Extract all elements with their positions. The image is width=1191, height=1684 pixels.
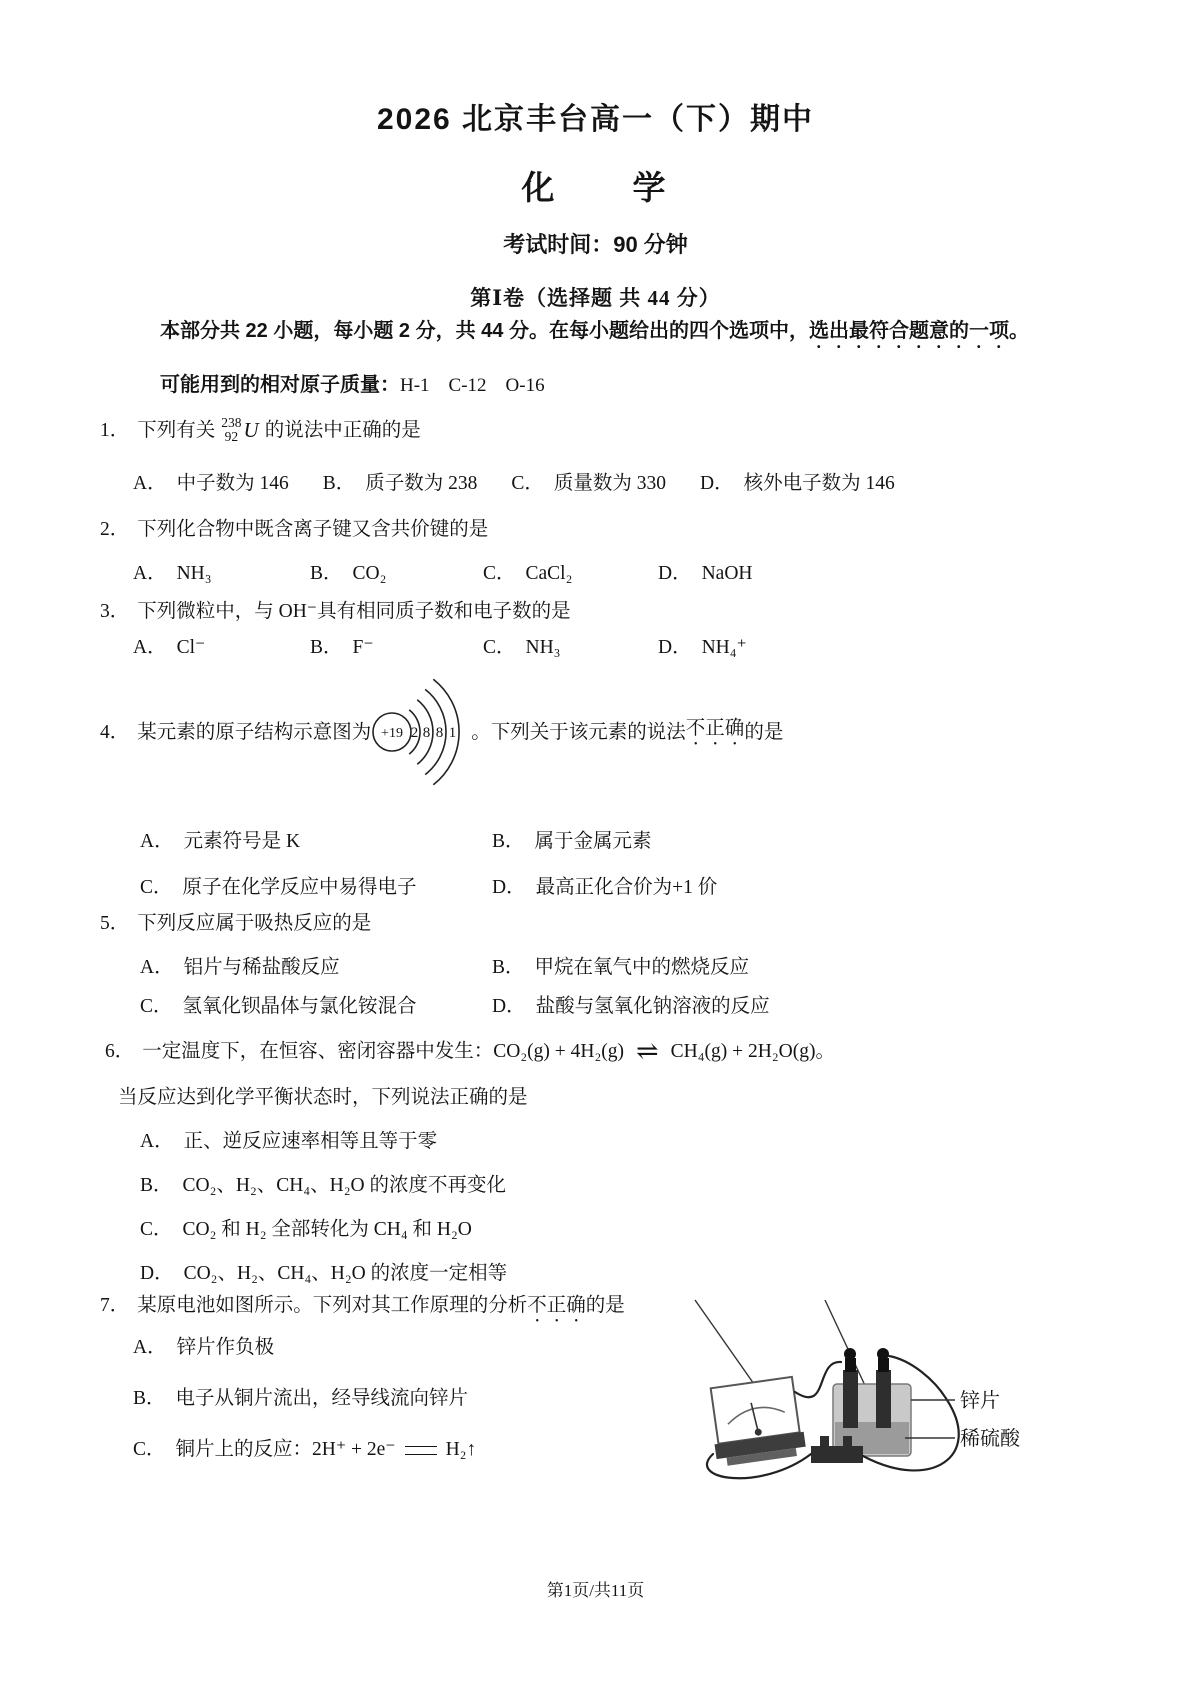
option-label: D． bbox=[658, 563, 692, 584]
option-a: A．NH₃ bbox=[133, 560, 310, 587]
option-b: B．质子数为 238 bbox=[323, 470, 478, 497]
equation-right: CH₄(g) + 2H₂O(g)。 bbox=[671, 1038, 835, 1065]
stem-text: 一定温度下，在恒容、密闭容器中发生： bbox=[142, 1038, 493, 1065]
option-a: A．中子数为 146 bbox=[133, 470, 289, 497]
option-d: D．最高正化合价为+1 价 bbox=[492, 874, 717, 901]
stem-emphasis: 不正确 bbox=[527, 1295, 586, 1316]
page-footer: 第1页/共11页 bbox=[0, 1576, 1191, 1601]
stem-text: 某原电池如图所示。下列对其工作原理的分析 bbox=[137, 1295, 527, 1316]
option-d: D．盐酸与氢氧化钠溶液的反应 bbox=[492, 993, 770, 1020]
option-c: C．氢氧化钡晶体与氯化铵混合 bbox=[140, 993, 492, 1020]
ammeter-illustration bbox=[707, 1376, 807, 1467]
question-1-stem: 1． 下列有关 238 92 U 的说法中正确的是 bbox=[100, 416, 421, 444]
subject-title: 化 学 bbox=[0, 162, 1191, 209]
acid-label: 稀硫酸 bbox=[960, 1427, 1021, 1450]
galvanic-cell-figure: 锌片 稀硫酸 bbox=[683, 1296, 1023, 1501]
equilibrium-arrow-icon: ⇌ bbox=[636, 1038, 659, 1065]
option-text: CO₂ bbox=[353, 563, 387, 584]
option-d: D．NaOH bbox=[658, 560, 753, 587]
option-b: B．CO₂、H₂、CH₄、H₂O 的浓度不再变化 bbox=[140, 1172, 507, 1199]
question-2-stem: 2．下列化合物中既含离子键又含共价键的是 bbox=[100, 516, 488, 543]
nuclide-mass: 238 bbox=[221, 416, 241, 430]
option-label: A． bbox=[133, 473, 167, 494]
option-label: D． bbox=[700, 473, 734, 494]
option-text: CaCl₂ bbox=[526, 563, 573, 584]
option-c: C．铜片上的反应：2H⁺ + 2e⁻H₂↑ bbox=[133, 1436, 476, 1463]
question-7-options: A．锌片作负极 B．电子从铜片流出，经导线流向锌片 C．铜片上的反应：2H⁺ +… bbox=[133, 1334, 476, 1463]
question-2-options: A．NH₃ B．CO₂ C．CaCl₂ D．NaOH bbox=[133, 560, 753, 587]
stem-emphasis: 不正确 bbox=[686, 715, 745, 750]
question-number: 5． bbox=[100, 913, 129, 934]
option-a: A．锌片作负极 bbox=[133, 1334, 274, 1361]
question-4-options: A．元素符号是 K B．属于金属元素 C．原子在化学反应中易得电子 D．最高正化… bbox=[140, 828, 717, 901]
option-d: D．核外电子数为 146 bbox=[700, 470, 895, 497]
nuclide-protons: 92 bbox=[221, 430, 241, 444]
atomic-structure-diagram: +19 2 8 8 1 bbox=[371, 656, 471, 808]
stem-text: 下列微粒中，与 OH⁻具有相同质子数和电子数的是 bbox=[137, 601, 570, 622]
option-label: C． bbox=[140, 996, 173, 1017]
option-text: 中子数为 146 bbox=[177, 473, 289, 494]
option-text: 锌片作负极 bbox=[177, 1337, 275, 1358]
question-number: 6． bbox=[105, 1038, 134, 1065]
stem-text: 的说法中正确的是 bbox=[265, 417, 421, 444]
stem-text: 的是 bbox=[586, 1295, 625, 1316]
option-text: 核外电子数为 146 bbox=[744, 473, 895, 494]
question-5-options: A．铝片与稀盐酸反应 B．甲烷在氧气中的燃烧反应 C．氢氧化钡晶体与氯化铵混合 … bbox=[140, 954, 770, 1020]
nuclide-notation: 238 92 bbox=[221, 416, 241, 444]
option-label: B． bbox=[492, 831, 525, 852]
option-c: C．质量数为 330 bbox=[511, 470, 666, 497]
question-7-stem: 7．某原电池如图所示。下列对其工作原理的分析不正确的是 bbox=[100, 1292, 625, 1327]
stem-text: 下列有关 bbox=[137, 417, 215, 444]
shell-electron-count: 8 bbox=[436, 725, 444, 741]
option-a: A．铝片与稀盐酸反应 bbox=[140, 954, 492, 981]
question-6-stem-line2: 当反应达到化学平衡状态时，下列说法正确的是 bbox=[118, 1084, 528, 1111]
option-label: D． bbox=[492, 877, 526, 898]
option-text: CO₂ 和 H₂ 全部转化为 CH₄ 和 H₂O bbox=[183, 1219, 472, 1240]
section-instructions: 本部分共 22 小题，每小题 2 分，共 44 分。在每小题给出的四个选项中，选… bbox=[160, 318, 1161, 353]
option-label: C． bbox=[483, 563, 516, 584]
option-label: B． bbox=[133, 1388, 166, 1409]
instructions-period: 。 bbox=[1009, 320, 1029, 342]
option-text: CO₂、H₂、CH₄、H₂O 的浓度不再变化 bbox=[183, 1175, 507, 1196]
exam-page: 2026 北京丰台高一（下）期中 化 学 考试时间：90 分钟 第Ⅰ卷（选择题 … bbox=[0, 0, 1191, 1684]
option-text: 正、逆反应速率相等且等于零 bbox=[184, 1131, 438, 1152]
atomic-mass-label: 可能用到的相对原子质量： bbox=[160, 374, 400, 396]
option-a: A．正、逆反应速率相等且等于零 bbox=[140, 1128, 507, 1155]
question-5-stem: 5．下列反应属于吸热反应的是 bbox=[100, 910, 371, 937]
zinc-label: 锌片 bbox=[960, 1389, 1000, 1412]
option-text: 氢氧化钡晶体与氯化铵混合 bbox=[183, 996, 417, 1017]
nuclide-symbol: U bbox=[244, 417, 259, 444]
option-label: A． bbox=[133, 563, 167, 584]
option-label: B． bbox=[140, 1175, 173, 1196]
option-label: A． bbox=[140, 831, 174, 852]
option-text: NaOH bbox=[702, 563, 753, 584]
stem-text: 。下列关于该元素的说法 bbox=[471, 719, 686, 746]
option-label: A． bbox=[133, 1337, 167, 1358]
question-6-stem: 6． 一定温度下，在恒容、密闭容器中发生： CO₂(g) + 4H₂(g) ⇌ … bbox=[105, 1038, 835, 1065]
option-text: 最高正化合价为+1 价 bbox=[536, 877, 718, 898]
option-label: C． bbox=[511, 473, 544, 494]
option-text: 铜片上的反应：2H⁺ + 2e⁻ bbox=[176, 1439, 396, 1460]
atomic-mass-values: H-1 C-12 O-16 bbox=[400, 375, 545, 396]
instructions-text: 本部分共 22 小题，每小题 2 分，共 44 分。在每小题给出的四个选项中， bbox=[160, 320, 809, 342]
option-c: C．CO₂ 和 H₂ 全部转化为 CH₄ 和 H₂O bbox=[140, 1216, 507, 1243]
option-label: B． bbox=[492, 957, 525, 978]
option-label: D． bbox=[140, 1263, 174, 1284]
question-3-stem: 3．下列微粒中，与 OH⁻具有相同质子数和电子数的是 bbox=[100, 598, 571, 625]
option-a: A．元素符号是 K bbox=[140, 828, 492, 855]
option-text: CO₂、H₂、CH₄、H₂O 的浓度一定相等 bbox=[184, 1263, 508, 1284]
question-number: 2． bbox=[100, 519, 129, 540]
question-number: 1． bbox=[100, 417, 129, 444]
option-label: A． bbox=[140, 1131, 174, 1152]
option-b: B．甲烷在氧气中的燃烧反应 bbox=[492, 954, 770, 981]
reaction-equals-icon bbox=[405, 1446, 437, 1455]
option-label: D． bbox=[492, 996, 526, 1017]
equation-left: CO₂(g) + 4H₂(g) bbox=[493, 1038, 624, 1065]
shell-electron-count: 8 bbox=[423, 725, 431, 741]
option-text: H₂↑ bbox=[446, 1439, 477, 1460]
option-c: C．CaCl₂ bbox=[483, 560, 658, 587]
option-label: C． bbox=[140, 1219, 173, 1240]
shell-electron-count: 1 bbox=[449, 725, 457, 741]
option-text: 铝片与稀盐酸反应 bbox=[184, 957, 340, 978]
question-6-options: A．正、逆反应速率相等且等于零 B．CO₂、H₂、CH₄、H₂O 的浓度不再变化… bbox=[140, 1128, 507, 1287]
option-text: 电子从铜片流出，经导线流向锌片 bbox=[176, 1388, 469, 1409]
exam-title: 2026 北京丰台高一（下）期中 bbox=[0, 94, 1191, 138]
option-label: C． bbox=[133, 1439, 166, 1460]
stem-text: 的是 bbox=[744, 719, 783, 746]
option-b: B．属于金属元素 bbox=[492, 828, 717, 855]
option-label: A． bbox=[140, 957, 174, 978]
option-text: 元素符号是 K bbox=[184, 831, 300, 852]
option-c: C．原子在化学反应中易得电子 bbox=[140, 874, 492, 901]
question-number: 7． bbox=[100, 1295, 129, 1316]
atomic-mass-note: 可能用到的相对原子质量：H-1 C-12 O-16 bbox=[160, 368, 545, 397]
option-text: 甲烷在氧气中的燃烧反应 bbox=[535, 957, 750, 978]
instructions-emphasis: 选出最符合题意的一项 bbox=[809, 320, 1009, 342]
question-number: 3． bbox=[100, 601, 129, 622]
option-label: B． bbox=[323, 473, 356, 494]
stem-text: 下列反应属于吸热反应的是 bbox=[137, 913, 371, 934]
option-label: B． bbox=[310, 563, 343, 584]
nucleus-charge: +19 bbox=[381, 726, 403, 741]
option-text: 原子在化学反应中易得电子 bbox=[183, 877, 417, 898]
question-number: 4． bbox=[100, 719, 129, 746]
question-1-options: A．中子数为 146 B．质子数为 238 C．质量数为 330 D．核外电子数… bbox=[133, 470, 895, 497]
option-text: NH₃ bbox=[177, 563, 212, 584]
question-4-stem: 4． 某元素的原子结构示意图为 +19 2 8 8 1 。下列关于该元素的说法 … bbox=[100, 652, 783, 812]
section-heading: 第Ⅰ卷（选择题 共 44 分） bbox=[0, 282, 1191, 312]
option-b: B．电子从铜片流出，经导线流向锌片 bbox=[133, 1385, 468, 1412]
option-d: D．CO₂、H₂、CH₄、H₂O 的浓度一定相等 bbox=[140, 1260, 507, 1287]
shell-electron-count: 2 bbox=[411, 725, 419, 741]
option-b: B．CO₂ bbox=[310, 560, 483, 587]
exam-duration: 考试时间：90 分钟 bbox=[0, 228, 1191, 259]
option-text: 盐酸与氢氧化钠溶液的反应 bbox=[536, 996, 770, 1017]
stem-text: 某元素的原子结构示意图为 bbox=[137, 719, 371, 746]
option-text: 质子数为 238 bbox=[365, 473, 477, 494]
option-text: 质量数为 330 bbox=[554, 473, 666, 494]
option-label: C． bbox=[140, 877, 173, 898]
option-text: 属于金属元素 bbox=[535, 831, 652, 852]
stem-text: 下列化合物中既含离子键又含共价键的是 bbox=[137, 519, 488, 540]
